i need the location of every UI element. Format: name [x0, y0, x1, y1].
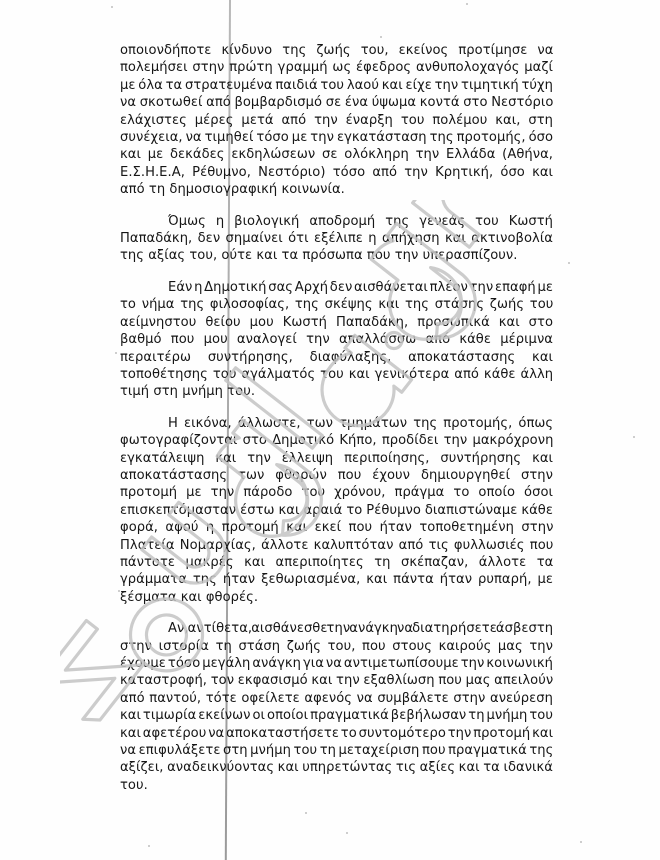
text-line: από τη δημοσιογραφική κοινωνία.	[120, 181, 553, 198]
scan-speck	[380, 36, 382, 38]
text-line: ξέσματα και φθορές.	[120, 589, 553, 606]
text-line: και τιμωρία εκείνων οι οποίοι πραγματικά…	[120, 707, 553, 724]
text-line: πολεμήσει στην πρώτη γραμμή ως έφεδρος α…	[120, 59, 553, 76]
text-line: Όμως η βιολογική αποδρομή της γενεάς του…	[120, 213, 553, 230]
text-line: τιμή στη μνήμη του.	[120, 383, 553, 400]
text-line: φορά, αφού η προτομή και εκεί που ήταν τ…	[120, 519, 553, 536]
text-line: Ε.Σ.Η.Ε.Α, Ρέθυμνο, Νεστόριο) τόσο από τ…	[120, 164, 553, 181]
text-line: περαιτέρω συντήρησης, διαφύλαξης, αποκατ…	[120, 349, 553, 366]
text-line: καταστροφή, τον εκφασισμό και την εξαθλί…	[120, 672, 553, 689]
text-line: προτομή με την πάροδο του χρόνου, πράγμα…	[120, 484, 553, 501]
text-line: φωτογραφίζονται στο Δημοτικό Κήπο, προδί…	[120, 432, 553, 449]
scan-speck	[305, 812, 307, 814]
text-line: Εάν η Δημοτική σας Αρχή δεν αισθάνεται π…	[120, 279, 553, 296]
scan-speck	[633, 436, 635, 438]
text-line: αείμνηστου θείου μου Κωστή Παπαδάκη, προ…	[120, 314, 553, 331]
text-line: της αξίας του, ούτε και τα πρόσωπα που τ…	[120, 247, 553, 264]
text-line: και αφετέρου να αποκαταστήσετε το συντομ…	[120, 725, 553, 742]
text-line: με όλα τα στρατευμένα παιδιά του λαού κα…	[120, 77, 553, 94]
text-line: αξίζει, αναδεικνύοντας και υπηρετώντας τ…	[120, 759, 553, 776]
text-line: του.	[120, 777, 553, 794]
scan-speck	[111, 6, 113, 8]
text-line: Παπαδάκη, δεν σημαίνει ότι εξέλιπε η απή…	[120, 230, 553, 247]
text-line: ελάχιστες μέρες μετά από την έναρξη του …	[120, 112, 553, 129]
text-line: πάντοτε μακρές και απεριποίητες τη σκέπα…	[120, 554, 553, 571]
text-line: να επιφυλάξετε στη μνήμη του τη μεταχείρ…	[120, 742, 553, 759]
scan-speck	[466, 3, 468, 5]
text-line: το νήμα της φιλοσοφίας, της σκέψης και τ…	[120, 296, 553, 313]
paragraph: Εάν η Δημοτική σας Αρχή δεν αισθάνεται π…	[120, 279, 553, 401]
scan-speck	[568, 262, 570, 264]
scan-speck	[148, 845, 150, 847]
scan-speck	[346, 832, 348, 834]
text-line: βαθμό που μου αναλογεί την απαλλάσσω από…	[120, 331, 553, 348]
text-line: και με δεκάδες εκδηλώσεων σε ολόκληρη τη…	[120, 146, 553, 163]
text-line: Αν, αντίθετα, αισθάνεσθε την ανάγκη να δ…	[120, 620, 553, 637]
text-line: οποιονδήποτε κίνδυνο της ζωής του, εκείν…	[120, 42, 553, 59]
paragraph: Αν, αντίθετα, αισθάνεσθε την ανάγκη να δ…	[120, 620, 553, 794]
text-line: Η εικόνα, άλλωστε, των τμημάτων της προτ…	[120, 415, 553, 432]
text-line: να σκοτωθεί από βομβαρδισμό σε ένα ύψωμα…	[120, 94, 553, 111]
text-line: από παντού, τότε οφείλετε αφενός να συμβ…	[120, 690, 553, 707]
scan-speck	[580, 841, 582, 843]
paragraph: Όμως η βιολογική αποδρομή της γενεάς του…	[120, 213, 553, 265]
text-line: εγκατάλειψη και την έλλειψη περιποίησης,…	[120, 450, 553, 467]
text-line: συνέχεια, να τιμηθεί τόσο με την εγκατάσ…	[120, 129, 553, 146]
letter-body: οποιονδήποτε κίνδυνο της ζωής του, εκείν…	[120, 42, 553, 808]
text-line: επισκεπτόμασταν έστω και αραιά το Ρέθυμν…	[120, 502, 553, 519]
paragraph: Η εικόνα, άλλωστε, των τμημάτων της προτ…	[120, 415, 553, 606]
scanned-page: οποιονδήποτε κίνδυνο της ζωής του, εκείν…	[0, 0, 660, 860]
paragraph: οποιονδήποτε κίνδυνο της ζωής του, εκείν…	[120, 42, 553, 199]
text-line: γράμματα της ήταν ξεθωριασμένα, και πάντ…	[120, 571, 553, 588]
text-line: έχουμε τόσο μεγάλη ανάγκη για να αντιμετ…	[120, 655, 553, 672]
text-line: τοποθέτησης του αγάλματός του και γενικό…	[120, 366, 553, 383]
text-line: Πλατεία Νομαρχίας, άλλοτε καλυπτόταν από…	[120, 537, 553, 554]
scan-speck	[115, 352, 117, 354]
text-line: αποκατάστασης των φθορών που έχουν δημιο…	[120, 467, 553, 484]
text-line: στην ιστορία τη στάση ζωής του, που στου…	[120, 638, 553, 655]
